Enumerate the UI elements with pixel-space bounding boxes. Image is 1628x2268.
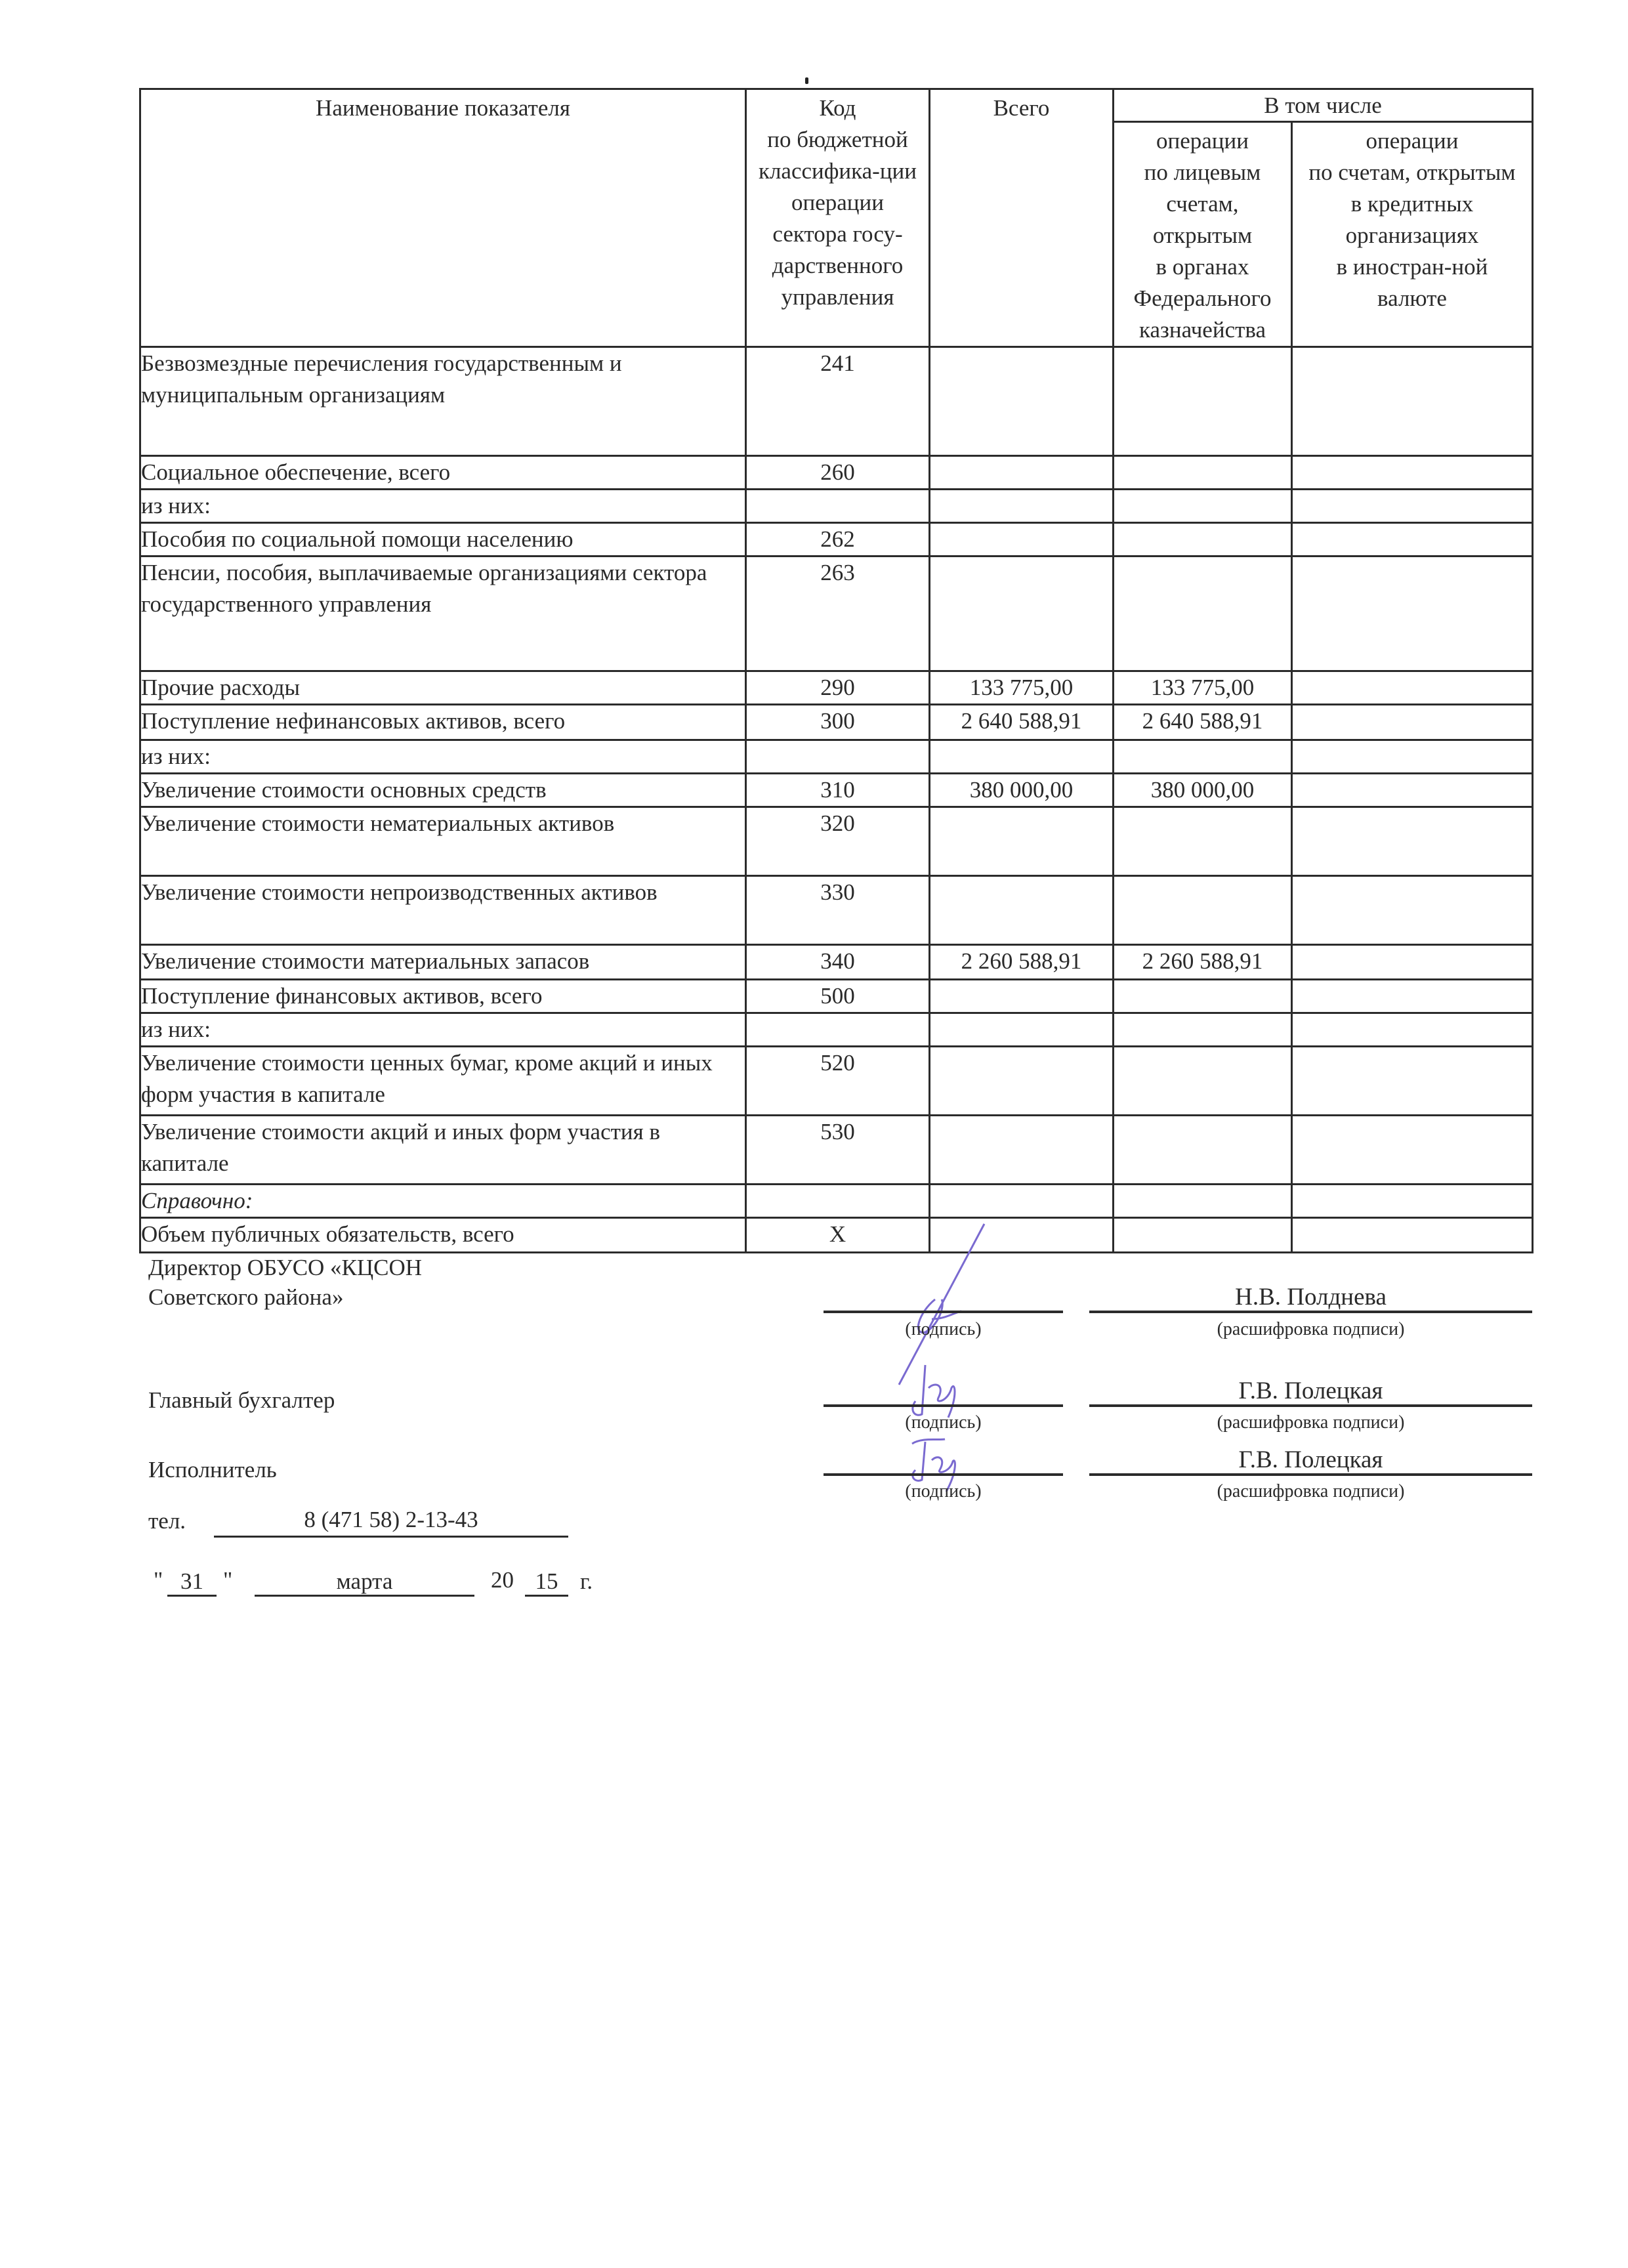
header-code-line: по бюджетной	[747, 124, 929, 156]
row-treasury	[1114, 807, 1292, 876]
row-name: Увеличение стоимости основных средств	[140, 774, 746, 807]
row-name: Увеличение стоимости акций и иных форм у…	[140, 1116, 746, 1185]
header-treasury-line: по лицевым	[1114, 157, 1291, 188]
accountant-name: Г.В. Полецкая	[1089, 1377, 1532, 1405]
row-code: 262	[746, 523, 930, 556]
header-code-line: классифика-ции	[747, 156, 929, 187]
row-name: Объем публичных обязательств, всего	[140, 1218, 746, 1253]
row-treasury	[1114, 347, 1292, 456]
header-treasury-line: в органах	[1114, 251, 1291, 283]
header-code-line: дарственного	[747, 250, 929, 282]
row-treasury	[1114, 1013, 1292, 1047]
phone-line	[214, 1536, 568, 1538]
table-row: Поступление нефинансовых активов, всего3…	[140, 705, 1533, 740]
row-treasury	[1114, 556, 1292, 671]
row-total	[930, 980, 1114, 1013]
row-foreign	[1292, 523, 1533, 556]
header-code-line: сектора госу-	[747, 219, 929, 250]
row-code: 260	[746, 456, 930, 490]
row-treasury	[1114, 1047, 1292, 1116]
table-row: Поступление финансовых активов, всего500	[140, 980, 1533, 1013]
table-row: Справочно:	[140, 1185, 1533, 1218]
row-name: Поступление нефинансовых активов, всего	[140, 705, 746, 740]
header-code: Кодпо бюджетнойклассифика-цииоперациисек…	[746, 89, 930, 347]
table-row: Пособия по социальной помощи населению26…	[140, 523, 1533, 556]
row-total	[930, 1047, 1114, 1116]
header-code-line: управления	[747, 282, 929, 313]
row-foreign	[1292, 1218, 1533, 1253]
date-year-prefix: 20	[491, 1566, 514, 1595]
row-total	[930, 740, 1114, 774]
header-including: В том числе	[1114, 89, 1533, 122]
row-foreign	[1292, 1047, 1533, 1116]
row-foreign	[1292, 490, 1533, 523]
row-code: 520	[746, 1047, 930, 1116]
date-close-quote: "	[223, 1566, 232, 1595]
executor-name-caption: (расшифровка подписи)	[1089, 1481, 1532, 1502]
row-treasury	[1114, 523, 1292, 556]
header-foreign-line: валюте	[1293, 283, 1532, 314]
row-code: 340	[746, 945, 930, 980]
row-code: 330	[746, 876, 930, 945]
row-code: 320	[746, 807, 930, 876]
director-name-caption: (расшифровка подписи)	[1089, 1319, 1532, 1340]
header-name: Наименование показателя	[140, 89, 746, 347]
header-foreign-line: по счетам, открытым	[1293, 157, 1532, 188]
row-name: из них:	[140, 740, 746, 774]
header-treasury: операциипо лицевымсчетам,открытымв орган…	[1114, 122, 1292, 347]
row-total	[930, 456, 1114, 490]
table-row: Увеличение стоимости материальных запасо…	[140, 945, 1533, 980]
row-name: Увеличение стоимости материальных запасо…	[140, 945, 746, 980]
report-table: Наименование показателя Кодпо бюджетнойк…	[139, 88, 1534, 1253]
row-total	[930, 556, 1114, 671]
row-name: Справочно:	[140, 1185, 746, 1218]
header-foreign-line: организациях	[1293, 220, 1532, 251]
row-foreign	[1292, 671, 1533, 705]
header-foreign: операциипо счетам, открытымв кредитныхор…	[1292, 122, 1533, 347]
row-name: Увеличение стоимости нематериальных акти…	[140, 807, 746, 876]
header-code-line: Код	[747, 93, 929, 124]
executor-sign-caption: (подпись)	[824, 1481, 1063, 1502]
row-name: Безвозмездные перечисления государственн…	[140, 347, 746, 456]
accountant-name-caption: (расшифровка подписи)	[1089, 1412, 1532, 1433]
row-total	[930, 1013, 1114, 1047]
date-month-line	[255, 1595, 474, 1597]
row-total	[930, 347, 1114, 456]
row-total	[930, 1116, 1114, 1185]
table-row: Пенсии, пособия, выплачиваемые организац…	[140, 556, 1533, 671]
row-code	[746, 1185, 930, 1218]
row-foreign	[1292, 1185, 1533, 1218]
executor-name: Г.В. Полецкая	[1089, 1446, 1532, 1474]
row-name: из них:	[140, 1013, 746, 1047]
header-foreign-line: в кредитных	[1293, 188, 1532, 220]
table-row: Увеличение стоимости нематериальных акти…	[140, 807, 1533, 876]
row-name: Прочие расходы	[140, 671, 746, 705]
row-code	[746, 490, 930, 523]
row-treasury	[1114, 876, 1292, 945]
table-row: Безвозмездные перечисления государственн…	[140, 347, 1533, 456]
row-name: Поступление финансовых активов, всего	[140, 980, 746, 1013]
row-treasury: 2 260 588,91	[1114, 945, 1292, 980]
row-treasury	[1114, 740, 1292, 774]
header-treasury-line: Федерального	[1114, 283, 1291, 314]
row-treasury	[1114, 456, 1292, 490]
row-code	[746, 1013, 930, 1047]
row-code: 500	[746, 980, 930, 1013]
row-treasury: 2 640 588,91	[1114, 705, 1292, 740]
director-title-line1: Директор ОБУСО «КЦСОН	[148, 1253, 422, 1282]
header-code-line: операции	[747, 187, 929, 219]
row-name: Пособия по социальной помощи населению	[140, 523, 746, 556]
row-code: 263	[746, 556, 930, 671]
row-foreign	[1292, 980, 1533, 1013]
row-name: из них:	[140, 490, 746, 523]
row-foreign	[1292, 1013, 1533, 1047]
row-code: 241	[746, 347, 930, 456]
executor-signature-line	[824, 1473, 1063, 1476]
row-treasury	[1114, 490, 1292, 523]
row-foreign	[1292, 347, 1533, 456]
table-row: из них:	[140, 740, 1533, 774]
row-code: 300	[746, 705, 930, 740]
director-title-line2: Советского района»	[148, 1283, 343, 1312]
row-foreign	[1292, 945, 1533, 980]
table-row: Увеличение стоимости основных средств310…	[140, 774, 1533, 807]
date-year-line	[525, 1595, 568, 1597]
row-treasury: 133 775,00	[1114, 671, 1292, 705]
accountant-title: Главный бухгалтер	[148, 1386, 335, 1415]
table-row: Объем публичных обязательств, всегоX	[140, 1218, 1533, 1253]
header-foreign-line: операции	[1293, 125, 1532, 157]
accountant-signature-line	[824, 1404, 1063, 1407]
date-year-suffix: 15	[525, 1568, 568, 1595]
table-row: Увеличение стоимости непроизводственных …	[140, 876, 1533, 945]
date-year-unit: г.	[580, 1567, 593, 1596]
row-total	[930, 490, 1114, 523]
row-treasury: 380 000,00	[1114, 774, 1292, 807]
row-treasury	[1114, 1218, 1292, 1253]
row-total	[930, 523, 1114, 556]
table-row: из них:	[140, 1013, 1533, 1047]
header-treasury-line: казначейства	[1114, 314, 1291, 346]
row-code	[746, 740, 930, 774]
executor-title: Исполнитель	[148, 1456, 277, 1484]
date-open-quote: "	[154, 1566, 163, 1595]
director-sign-caption: (подпись)	[824, 1319, 1063, 1340]
header-treasury-line: операции	[1114, 125, 1291, 157]
date-month: марта	[255, 1568, 474, 1595]
row-name: Увеличение стоимости ценных бумаг, кроме…	[140, 1047, 746, 1116]
table-row: из них:	[140, 490, 1533, 523]
row-foreign	[1292, 740, 1533, 774]
row-total	[930, 876, 1114, 945]
phone-value: 8 (471 58) 2-13-43	[214, 1507, 568, 1533]
executor-name-line	[1089, 1473, 1532, 1476]
table-row: Увеличение стоимости акций и иных форм у…	[140, 1116, 1533, 1185]
row-treasury	[1114, 1185, 1292, 1218]
director-name-line	[1089, 1311, 1532, 1313]
row-total	[930, 1185, 1114, 1218]
row-name: Социальное обеспечение, всего	[140, 456, 746, 490]
row-code: 310	[746, 774, 930, 807]
header-treasury-line: счетам,	[1114, 188, 1291, 220]
row-foreign	[1292, 1116, 1533, 1185]
row-treasury	[1114, 980, 1292, 1013]
director-signature-line	[824, 1311, 1063, 1313]
row-name: Увеличение стоимости непроизводственных …	[140, 876, 746, 945]
row-code: 530	[746, 1116, 930, 1185]
table-row: Увеличение стоимости ценных бумаг, кроме…	[140, 1047, 1533, 1116]
row-total: 2 260 588,91	[930, 945, 1114, 980]
table-row: Прочие расходы290133 775,00133 775,00	[140, 671, 1533, 705]
row-name: Пенсии, пособия, выплачиваемые организац…	[140, 556, 746, 671]
row-total	[930, 807, 1114, 876]
phone-label: тел.	[148, 1507, 186, 1536]
row-code: 290	[746, 671, 930, 705]
row-treasury	[1114, 1116, 1292, 1185]
date-day-line	[167, 1595, 217, 1597]
table-row: Социальное обеспечение, всего260	[140, 456, 1533, 490]
header-treasury-line: открытым	[1114, 220, 1291, 251]
scan-dot	[805, 77, 808, 84]
header-foreign-line: в иностран-ной	[1293, 251, 1532, 283]
accountant-name-line	[1089, 1404, 1532, 1407]
row-foreign	[1292, 705, 1533, 740]
row-foreign	[1292, 876, 1533, 945]
accountant-sign-caption: (подпись)	[824, 1412, 1063, 1433]
row-total: 380 000,00	[930, 774, 1114, 807]
row-foreign	[1292, 456, 1533, 490]
row-foreign	[1292, 774, 1533, 807]
row-total: 133 775,00	[930, 671, 1114, 705]
row-foreign	[1292, 807, 1533, 876]
header-total: Всего	[930, 89, 1114, 347]
director-name: Н.В. Полднева	[1089, 1283, 1532, 1311]
row-total: 2 640 588,91	[930, 705, 1114, 740]
date-day: 31	[167, 1568, 217, 1595]
row-foreign	[1292, 556, 1533, 671]
